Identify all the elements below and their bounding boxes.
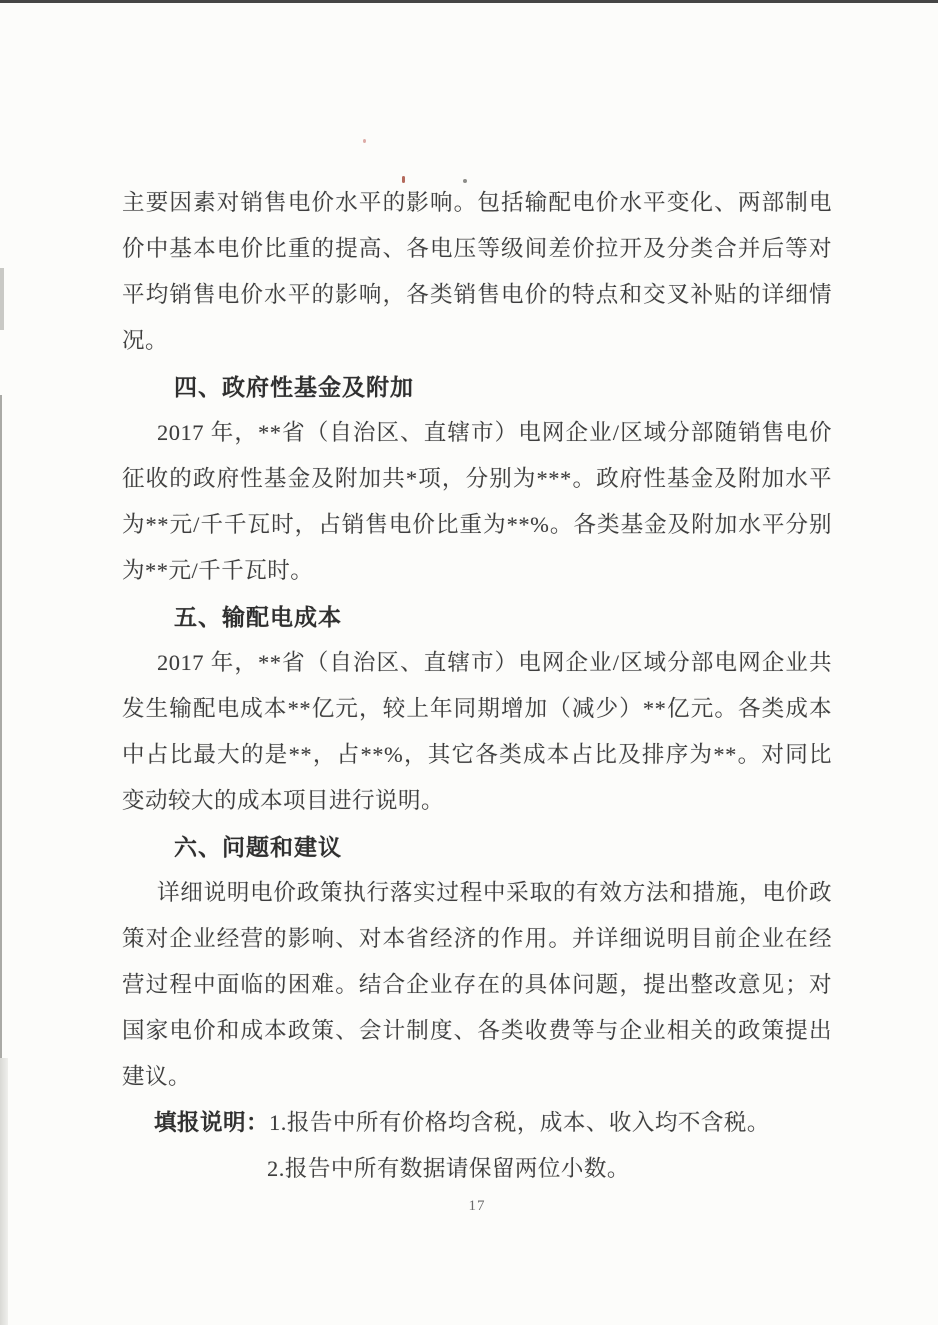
filing-notes-label: 填报说明： — [154, 1110, 269, 1135]
filing-notes-item-2: 2.报告中所有数据请保留两位小数。 — [122, 1146, 832, 1192]
scan-speck-pink — [363, 139, 366, 143]
scan-top-edge-line — [0, 0, 938, 3]
document-content: 主要因素对销售电价水平的影响。包括输配电价水平变化、两部制电价中基本电价比重的提… — [122, 180, 832, 1192]
scan-left-bottom-strip — [0, 1058, 8, 1325]
filing-notes-line-1: 填报说明：1.报告中所有价格均含税，成本、收入均不含税。 — [122, 1100, 832, 1146]
page-number: 17 — [122, 1198, 832, 1215]
section-4-body: 2017 年，**省（自治区、直辖市）电网企业/区域分部随销售电价征收的政府性基… — [122, 410, 832, 594]
section-6-body: 详细说明电价政策执行落实过程中采取的有效方法和措施，电价政策对企业经营的影响、对… — [122, 870, 832, 1100]
scan-left-smudge — [0, 268, 4, 330]
section-5-heading: 五、输配电成本 — [122, 594, 832, 640]
section-4-heading: 四、政府性基金及附加 — [122, 364, 832, 410]
section-6-heading: 六、问题和建议 — [122, 824, 832, 870]
filing-notes-item-1: 1.报告中所有价格均含税，成本、收入均不含税。 — [269, 1110, 770, 1135]
section-5-body: 2017 年，**省（自治区、直辖市）电网企业/区域分部电网企业共发生输配电成本… — [122, 640, 832, 824]
intro-paragraph: 主要因素对销售电价水平的影响。包括输配电价水平变化、两部制电价中基本电价比重的提… — [122, 180, 832, 364]
scan-left-edge-line — [0, 395, 2, 1060]
